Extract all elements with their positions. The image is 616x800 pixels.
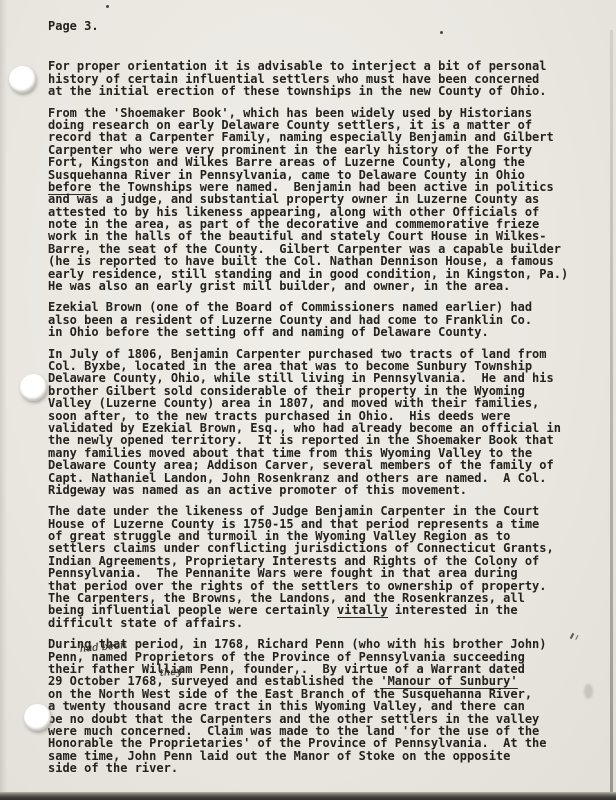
paragraph: The date under the likeness of Judge Ben… (48, 505, 573, 629)
text-run: difficult state of affairs. (48, 616, 243, 630)
text-run: in Ohio before the setting off and namin… (48, 325, 489, 339)
document-body: For proper orientation it is advisable t… (48, 60, 573, 774)
page-edge-shadow-left (0, 0, 7, 800)
text-line: at the initial erection of these townshi… (48, 85, 573, 97)
text-run: Ridgeway was named as an active promoter… (48, 483, 467, 497)
text-line: He was also an early grist mill builder,… (48, 280, 573, 292)
scan-mark-dot (106, 5, 109, 8)
scan-mark-smudge (584, 684, 593, 699)
text-line: in Ohio before the setting off and namin… (48, 326, 573, 338)
text-run: interested in the (388, 603, 518, 617)
punch-hole (20, 374, 47, 401)
paragraph: During that period, in 1768, Richard Pen… (48, 638, 573, 774)
scan-mark-dot (440, 31, 443, 34)
paragraph: Ezekial Brown (one of the Board of Commi… (48, 301, 573, 338)
punch-hole (24, 704, 51, 731)
text-run: He was also an early grist mill builder,… (48, 279, 510, 293)
page-edge-line-right (610, 30, 613, 800)
page-number-label: Page 3. (48, 20, 573, 32)
text-line: difficult state of affairs. (48, 617, 573, 629)
punch-hole (9, 66, 36, 93)
scanned-document-page: Page 3. For proper orientation it is adv… (0, 0, 616, 800)
typewritten-text-block: Page 3. For proper orientation it is adv… (48, 20, 573, 784)
paragraph: For proper orientation it is advisable t… (48, 60, 573, 97)
paragraph: From the 'Shoemaker Book', which has bee… (48, 107, 573, 293)
paragraph: In July of 1806, Benjamin Carpenter purc… (48, 348, 573, 497)
page-edge-shadow-bottom (0, 792, 616, 800)
handwritten-insertion: had been (80, 644, 81, 656)
text-run: at the initial erection of these townshi… (48, 84, 547, 98)
text-line: side of the river. (48, 762, 573, 774)
text-run: side of the river. (48, 761, 178, 775)
text-line: Ridgeway was named as an active promoter… (48, 484, 573, 496)
